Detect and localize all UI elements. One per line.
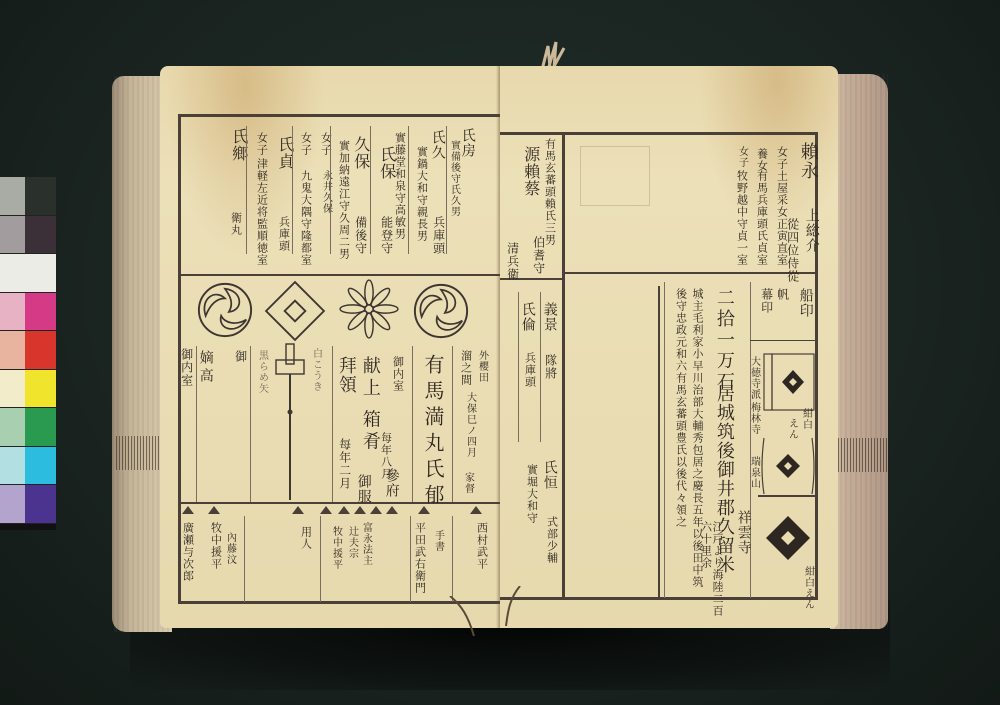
open-book: 氏房 實備後守氏久男 氏久 實鍋大和守親長男 兵庫頭 實藤堂和泉守高敏男 氏保 …: [112, 62, 888, 632]
lord-name: 賴永: [798, 142, 817, 180]
adopted-note: 有馬兵庫頭氏貞室: [756, 170, 768, 266]
ship-curtain-label: 幕印: [760, 288, 773, 314]
tear-mark-icon: [500, 586, 540, 626]
family-title: 能登守: [380, 216, 393, 255]
genealogy-title: 兵庫頭: [524, 352, 536, 388]
genealogy-name: 氏倫: [520, 302, 535, 332]
color-swatch: [0, 254, 25, 292]
diamond-crest-icon: [264, 280, 326, 342]
color-checker-row: [0, 216, 56, 255]
domain-history: 城主毛利家小早川治部大輔秀包居之慶長五年以後田中筑後守忠政元和六有馬玄蕃頭豊氏以…: [672, 288, 705, 588]
temple-name: 梅林寺: [748, 402, 759, 435]
genealogy-note: 有馬玄蕃頭賴氏三男: [544, 138, 556, 246]
gift-label: 拜領: [336, 356, 355, 394]
genealogy-name: 清兵衛: [506, 242, 519, 281]
color-checker-row: [0, 331, 56, 370]
family-name: 氏鄉: [230, 128, 247, 162]
color-swatch: [25, 408, 56, 446]
daughter-label: 女子: [776, 146, 788, 170]
tear-mark-icon: [440, 596, 500, 636]
lord-title: 上総介: [804, 208, 819, 253]
family-title: 兵庫頭: [432, 216, 445, 255]
color-label: 紺白えん: [802, 566, 813, 610]
family-name: 女子: [300, 132, 312, 156]
color-swatch: [0, 408, 25, 446]
show-through: [580, 146, 650, 206]
wife-label: 御内室: [180, 348, 193, 387]
family-note: 實鍋大和守親長男: [416, 146, 428, 242]
family-name: 女子: [256, 132, 268, 156]
family-name: 久保: [352, 136, 369, 170]
ship-mark-heading: 船印: [798, 288, 813, 318]
color-swatch: [25, 447, 56, 485]
right-page: 賴永 上総介 從四位侍從 女子 土屋采女正寅直室 養女 有馬兵庫頭氏貞室 女子 …: [500, 66, 838, 628]
color-swatch: [0, 177, 25, 215]
stipend: 二拾一万石: [714, 288, 733, 393]
color-checker-row: [0, 370, 56, 409]
family-title: 衛丸: [230, 212, 242, 236]
color-swatch: [25, 331, 56, 369]
color-swatch: [25, 216, 56, 254]
curtain-flag-icon: [758, 434, 818, 500]
color-swatch: [0, 331, 25, 369]
ship-sail-label: 帆: [776, 288, 789, 301]
tomoe-crest-icon: [412, 282, 470, 340]
rank-note: 溜之間: [460, 350, 472, 386]
genealogy-name: 源賴蔡: [522, 146, 539, 197]
succession-date: 大保巳ノ四月: [464, 392, 475, 458]
color-checker-row: [0, 177, 56, 216]
family-note: 津軽左近将監順徳室: [256, 158, 268, 266]
family-name: 氏貞: [276, 136, 293, 170]
color-checker-row: [0, 485, 56, 524]
genealogy-title: 隊將: [544, 354, 557, 380]
succession-label: 家督: [462, 472, 473, 494]
retainer-name: 富永法主: [360, 522, 371, 566]
temple-name: 祥雲寺: [736, 510, 751, 555]
heir-label: 嫡: [198, 350, 213, 365]
residence-note: 外櫻田: [476, 350, 487, 383]
genealogy-name: 義景: [542, 302, 557, 332]
color-label: えん: [786, 418, 797, 440]
color-swatch: [0, 293, 25, 331]
color-swatch: [0, 370, 25, 408]
color-swatch: [0, 447, 25, 485]
heir-name: 高: [198, 368, 213, 383]
retainer-name: 廣瀬与次郎: [182, 522, 194, 582]
retainer-name: 西村武平: [476, 522, 488, 570]
color-swatch: [0, 216, 25, 254]
family-title: 備後守: [354, 216, 367, 255]
color-swatch: [25, 254, 56, 292]
color-swatch: [0, 485, 25, 523]
spear-standard-icon: [272, 342, 308, 502]
gift-item: 御服: [356, 474, 371, 504]
family-note: 實備後守氏久男: [448, 140, 459, 217]
color-checker-row: [0, 293, 56, 332]
sail-flag-icon: [762, 352, 818, 414]
retainer-name: 牧中援平: [210, 522, 222, 570]
standard-note: 白こうき: [310, 348, 321, 392]
color-swatch: [25, 370, 56, 408]
daughter-note: 牧野越中守貞一室: [736, 170, 748, 266]
adopted-label: 養女: [756, 148, 768, 172]
chrysanthemum-crest-icon: [338, 278, 400, 340]
daimyo-name: 有馬満丸氏郁: [422, 354, 443, 510]
family-note: 永井久保: [320, 170, 331, 214]
standard-note: 黒らめ矢: [256, 350, 267, 394]
temple-name: 瑞泉山: [748, 456, 759, 489]
color-swatch: [25, 485, 56, 523]
honorific: 御: [234, 350, 247, 363]
family-note: 九鬼大隅守隆都室: [300, 170, 312, 266]
retainer-note: 手書: [432, 530, 443, 552]
retainer-name: 平田武右衛門: [414, 522, 426, 594]
genealogy-title: 式部少輔: [546, 516, 558, 564]
family-name: 氏保: [378, 146, 395, 180]
ship-mark-diamond-icon: [764, 514, 812, 562]
color-swatch: [25, 293, 56, 331]
tribute-label: 献上 箱肴: [360, 356, 379, 454]
color-checker: [0, 177, 56, 530]
genealogy-note: 實堀大和守: [526, 464, 538, 524]
retainer-name: 內藤汶: [224, 532, 235, 565]
color-checker-row: [0, 254, 56, 293]
wife-label: 御内室: [392, 356, 404, 392]
genealogy-name: 氏恒: [542, 460, 557, 490]
right-page-edges: [830, 74, 888, 629]
family-title: 兵庫頭: [278, 216, 290, 252]
color-checker-row: [0, 408, 56, 447]
tribute-visit: 參府: [384, 468, 399, 498]
color-checker-row: [0, 447, 56, 486]
retainer-role: 用人: [300, 526, 312, 550]
gift-schedule: 每年二月: [338, 438, 351, 490]
genealogy-title: 伯耆守: [532, 236, 545, 275]
family-name: 氏久: [430, 130, 445, 160]
daughter-label: 女子: [736, 146, 747, 168]
temple-name: 大徳寺派: [748, 356, 759, 400]
left-page: 氏房 實備後守氏久男 氏久 實鍋大和守親長男 兵庫頭 實藤堂和泉守高敏男 氏保 …: [160, 66, 500, 628]
tomoe-crest-icon: [196, 281, 254, 339]
retainer-name: 牧中援平: [330, 526, 341, 570]
color-swatch: [25, 177, 56, 215]
family-name: 氏房: [460, 128, 475, 158]
daughter-note: 土屋采女正寅直室: [776, 170, 788, 266]
retainer-name: 辻夫宗: [346, 526, 357, 559]
family-note: 實加納遠江守久周二男: [338, 140, 350, 260]
color-label: 紺白: [800, 408, 811, 430]
